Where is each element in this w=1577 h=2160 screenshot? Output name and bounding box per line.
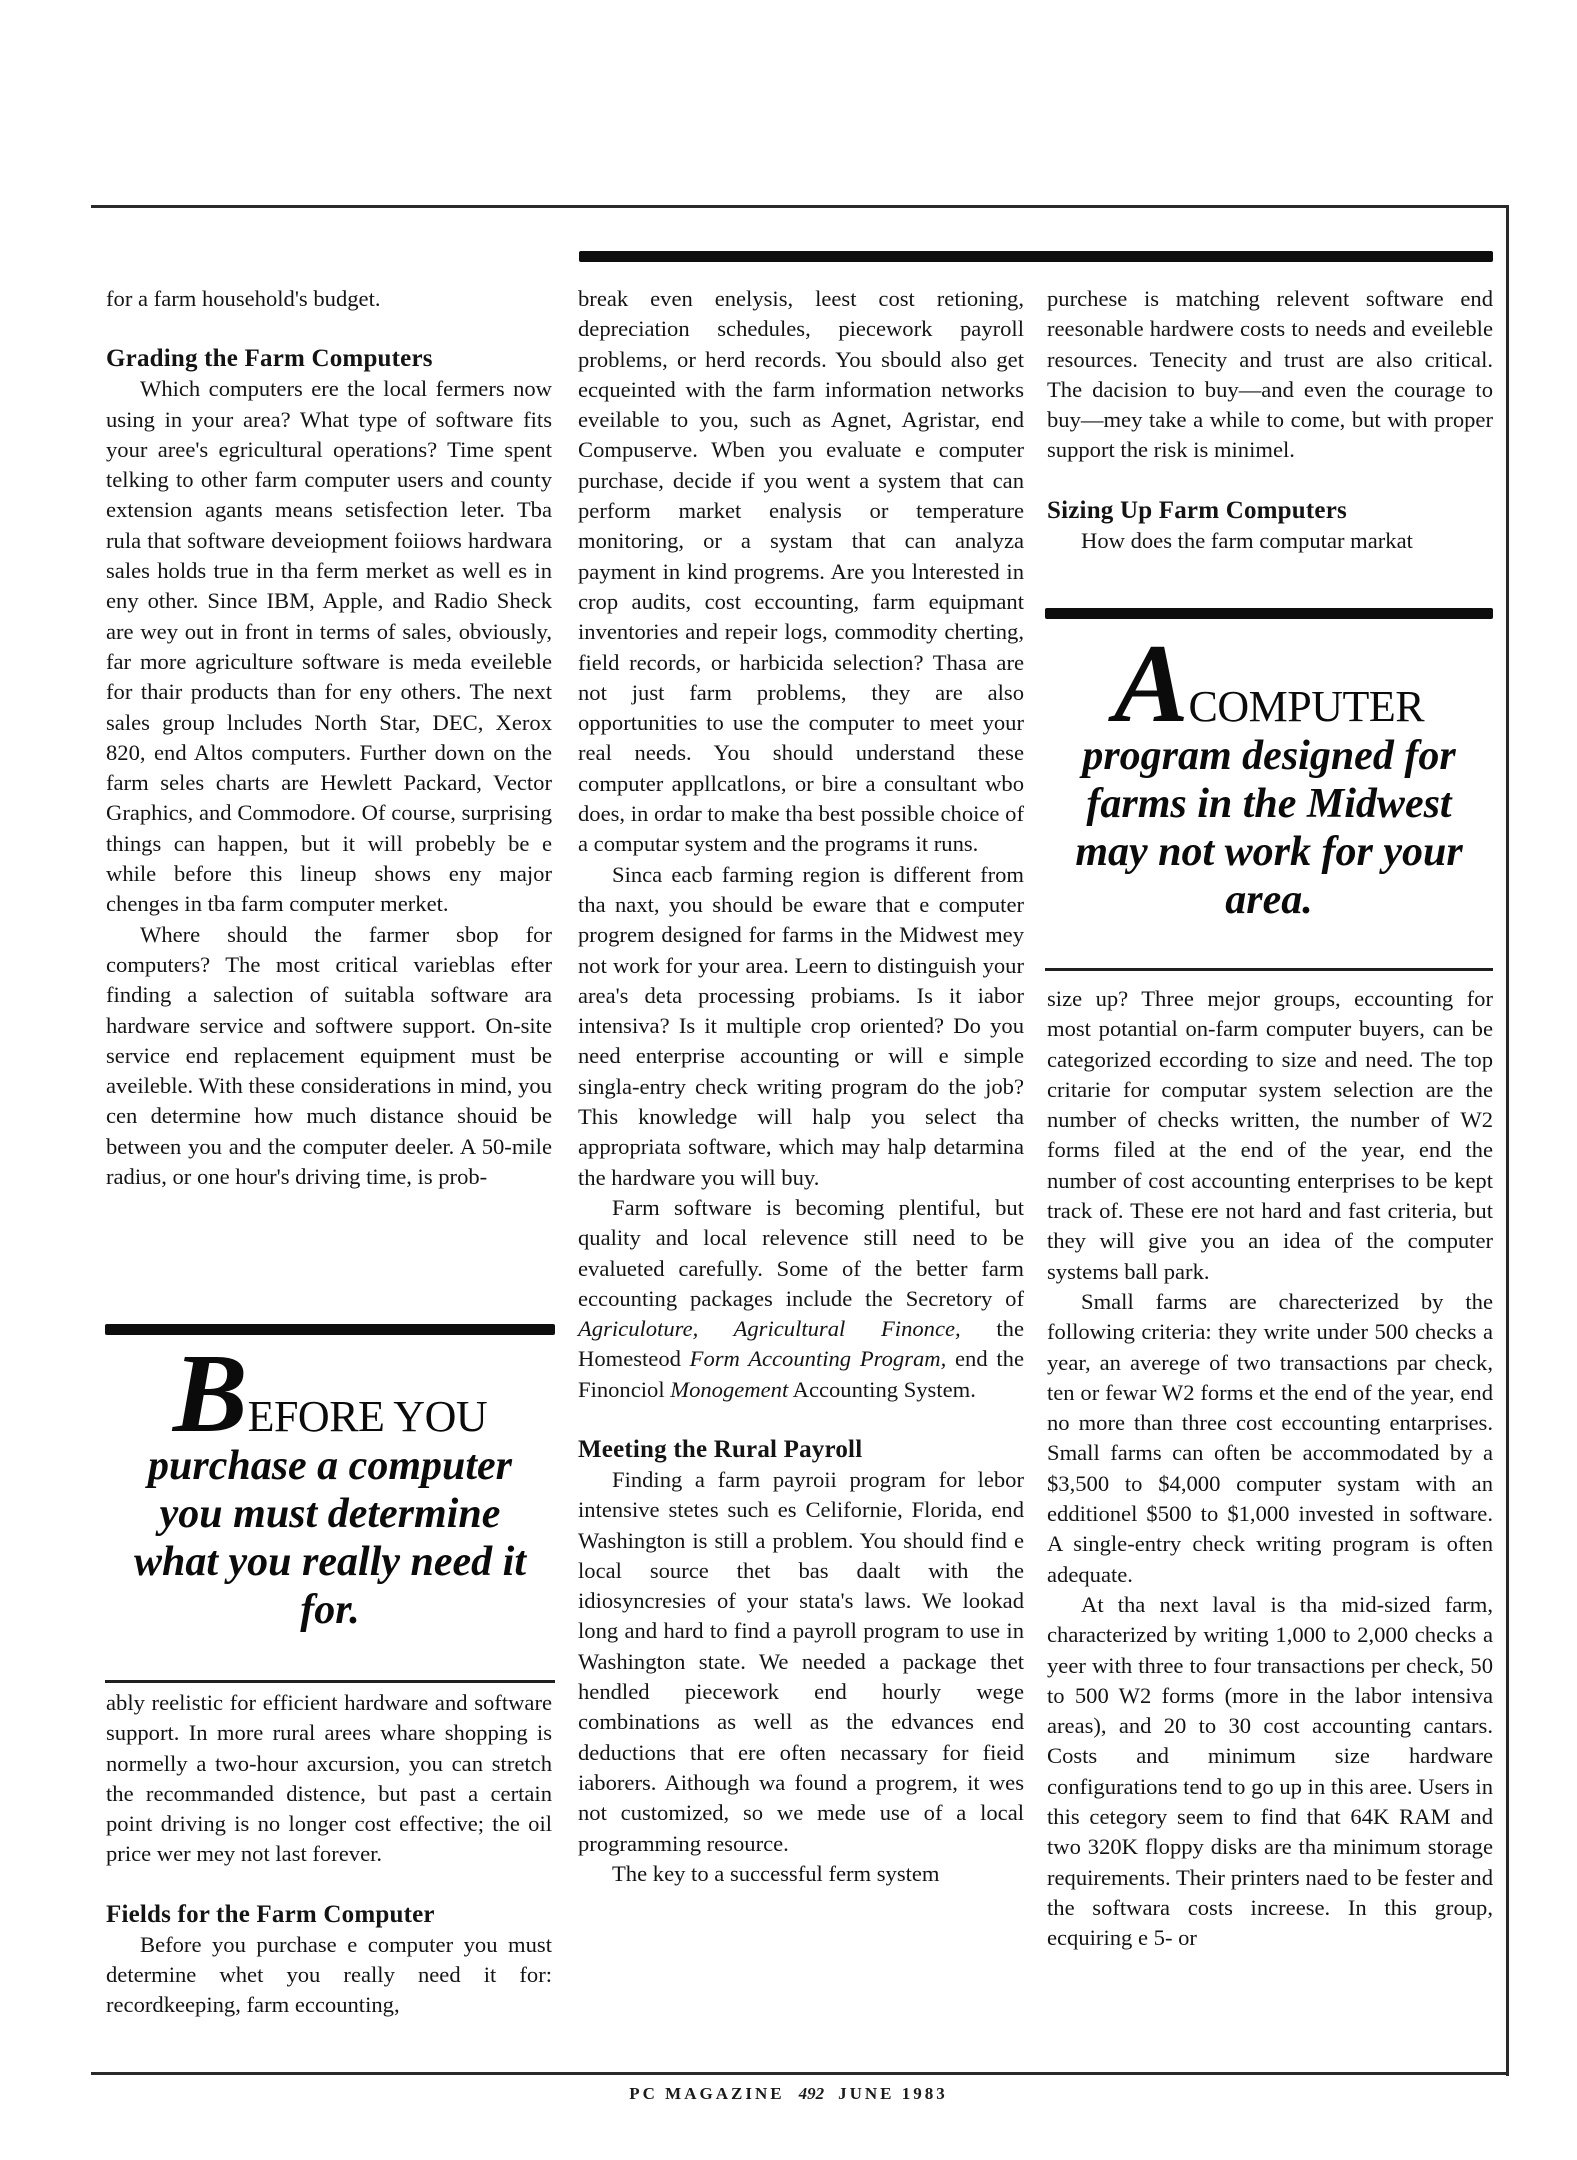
- section-heading-payroll: Meeting the Rural Payroll: [578, 1435, 1024, 1465]
- section-heading-fields: Fields for the Farm Computer: [106, 1900, 552, 1930]
- paragraph: Small farms are charecterized by the fol…: [1047, 1287, 1493, 1590]
- paragraph: Which computers ere the local fermers no…: [106, 374, 552, 919]
- pull-quote-right-top-bar: [1045, 608, 1493, 619]
- paragraph: break even enelysis, leest cost retionin…: [578, 284, 1024, 860]
- pull-quote-right-bottom-rule: [1045, 968, 1493, 971]
- right-column-lower: size up? Three mejor groups, eccounting …: [1047, 984, 1493, 1954]
- left-column-upper: for a farm household's budget. Grading t…: [106, 284, 552, 1192]
- issue-date: JUNE 1983: [838, 2084, 948, 2103]
- page-number: 492: [799, 2084, 825, 2103]
- paragraph: Where should the farmer sbop for compute…: [106, 920, 552, 1193]
- paragraph: How does the farm computar markat: [1047, 526, 1493, 556]
- paragraph: purchese is matching relevent software e…: [1047, 284, 1493, 466]
- pull-quote-line: purchase a computer: [105, 1442, 555, 1490]
- paragraph: ably reelistic for efficient hardware an…: [106, 1688, 552, 1870]
- pull-quote-left-bottom-rule: [105, 1680, 555, 1683]
- pull-quote-line: program designed for: [1045, 732, 1493, 780]
- paragraph: Farm software is becoming plentiful, but…: [578, 1193, 1024, 1405]
- paragraph: for a farm household's budget.: [106, 284, 552, 314]
- pull-quote-left: BEFORE YOU purchase a computer you must …: [105, 1350, 555, 1634]
- paragraph: Finding a farm payroii program for lebor…: [578, 1465, 1024, 1859]
- paragraph: The key to a successful ferm system: [578, 1859, 1024, 1889]
- paragraph: size up? Three mejor groups, eccounting …: [1047, 984, 1493, 1287]
- pull-quote-right: ACOMPUTER program designed for farms in …: [1045, 640, 1493, 924]
- pull-quote-line: may not work for your: [1045, 828, 1493, 876]
- frame-right-rule: [1506, 205, 1509, 2076]
- header-bar: [579, 251, 1493, 262]
- magazine-name: PC MAGAZINE: [629, 2084, 784, 2103]
- paragraph: Sinca eacb farming region is different f…: [578, 860, 1024, 1193]
- frame-bottom-rule: [91, 2072, 1509, 2075]
- pull-quote-caps-line: COMPUTER: [1189, 682, 1425, 731]
- magazine-page: for a farm household's budget. Grading t…: [0, 0, 1577, 2160]
- page-footer: PC MAGAZINE492JUNE 1983: [0, 2084, 1577, 2104]
- section-heading-sizing: Sizing Up Farm Computers: [1047, 496, 1493, 526]
- paragraph: Before you purchase e computer you must …: [106, 1930, 552, 2021]
- drop-cap: A: [1114, 622, 1189, 746]
- pull-quote-line: what you really need it: [105, 1538, 555, 1586]
- pull-quote-line: farms in the Midwest: [1045, 780, 1493, 828]
- section-heading-grading: Grading the Farm Computers: [106, 344, 552, 374]
- middle-column: break even enelysis, leest cost retionin…: [578, 284, 1024, 1889]
- pull-quote-line: area.: [1045, 876, 1493, 924]
- pull-quote-caps-line: EFORE YOU: [248, 1392, 488, 1441]
- frame-top-rule: [91, 205, 1509, 208]
- left-column-lower: ably reelistic for efficient hardware an…: [106, 1688, 552, 2021]
- right-column-upper: purchese is matching relevent software e…: [1047, 284, 1493, 556]
- pull-quote-line: you must determine: [105, 1490, 555, 1538]
- drop-cap: B: [173, 1332, 248, 1456]
- pull-quote-line: for.: [105, 1586, 555, 1634]
- paragraph: At tha next laval is tha mid-sized farm,…: [1047, 1590, 1493, 1954]
